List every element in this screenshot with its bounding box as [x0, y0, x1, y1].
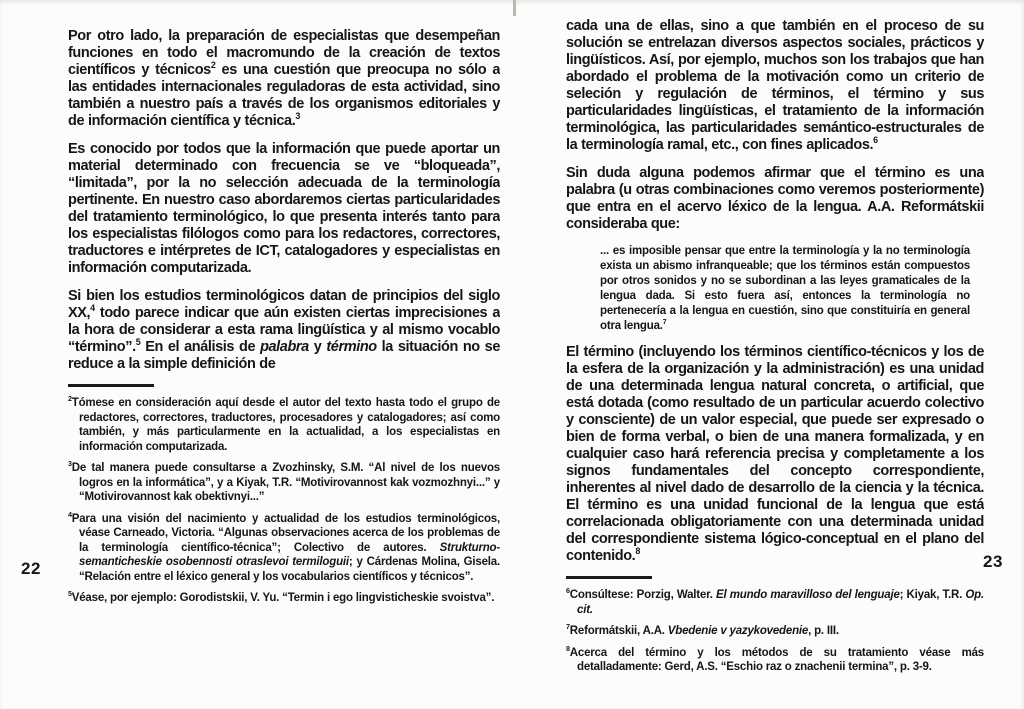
footnote: 3De tal manera puede consultarse a Zvozh…: [68, 461, 500, 505]
left-footnotes: 2Tómese en consideración aquí desde el a…: [68, 396, 500, 606]
footnote: 2Tómese en consideración aquí desde el a…: [68, 396, 500, 454]
gutter-mark: [513, 0, 516, 16]
footnote: 5Véase, por ejemplo: Gorodistskii, V. Yu…: [68, 591, 500, 606]
text-segment: En el análisis de: [140, 339, 260, 355]
text-segment: y: [309, 339, 327, 355]
text-segment: Sin duda alguna podemos afirmar que el t…: [566, 165, 984, 232]
text-segment: Tómese en consideración aquí desde el au…: [72, 397, 500, 453]
text-segment: Consúltese: Porzig, Walter.: [570, 589, 716, 601]
text-segment: El mundo maravilloso del lenguaje: [716, 589, 900, 601]
footnote-separator: [68, 384, 154, 387]
footnote-marker: 3: [295, 111, 300, 121]
page-left: Por otro lado, la preparación de especia…: [68, 28, 500, 709]
left-body-text: Por otro lado, la preparación de especia…: [68, 28, 500, 373]
text-segment: ... es imposible pensar que entre la ter…: [600, 245, 970, 332]
body-paragraph: cada una de ellas, sino a que también en…: [566, 18, 984, 154]
body-paragraph: Sin duda alguna podemos afirmar que el t…: [566, 165, 984, 233]
text-segment: Vbedenie v yazykovedenie: [668, 625, 808, 637]
footnote: 8Acerca del término y los métodos de su …: [566, 646, 984, 675]
right-footnotes: 6Consúltese: Porzig, Walter. El mundo ma…: [566, 588, 984, 675]
text-segment: cada una de ellas, sino a que también en…: [566, 18, 984, 153]
page-right: cada una de ellas, sino a que también en…: [566, 18, 984, 709]
text-segment: Acerca del término y los métodos de su t…: [570, 647, 984, 674]
text-segment: ; Kiyak, T.R.: [900, 589, 966, 601]
body-paragraph: Si bien los estudios terminológicos data…: [68, 288, 500, 373]
block-quote: ... es imposible pensar que entre la ter…: [600, 244, 970, 334]
body-paragraph: Es conocido por todos que la información…: [68, 141, 500, 277]
text-segment: Es conocido por todos que la información…: [68, 141, 500, 276]
book-spread: Por otro lado, la preparación de especia…: [0, 0, 1024, 709]
footnote-marker: 7: [663, 318, 667, 326]
right-body-text: cada una de ellas, sino a que también en…: [566, 18, 984, 565]
text-segment: palabra: [260, 339, 309, 355]
body-paragraph: El término (incluyendo los términos cien…: [566, 344, 984, 565]
text-segment: El término (incluyendo los términos cien…: [566, 344, 984, 564]
text-segment: Reformátskii, A.A.: [570, 625, 668, 637]
footnote: 4Para una visión del nacimiento y actual…: [68, 512, 500, 585]
text-segment: término: [326, 339, 376, 355]
footnote: 6Consúltese: Porzig, Walter. El mundo ma…: [566, 588, 984, 617]
footnote-marker: 8: [635, 546, 640, 556]
page-number-left: 22: [21, 559, 41, 579]
text-segment: De tal manera puede consultarse a Zvozhi…: [72, 462, 500, 503]
page-number-right: 23: [983, 552, 1003, 572]
body-paragraph: Por otro lado, la preparación de especia…: [68, 28, 500, 130]
footnote-separator: [566, 576, 652, 579]
footnote-marker: 6: [873, 135, 878, 145]
text-segment: , p. III.: [808, 625, 839, 637]
text-segment: Véase, por ejemplo: Gorodistskii, V. Yu.…: [72, 592, 494, 604]
footnote: 7Reformátskii, A.A. Vbedenie v yazykoved…: [566, 624, 984, 639]
text-segment: Para una visión del nacimiento y actuali…: [72, 513, 500, 554]
